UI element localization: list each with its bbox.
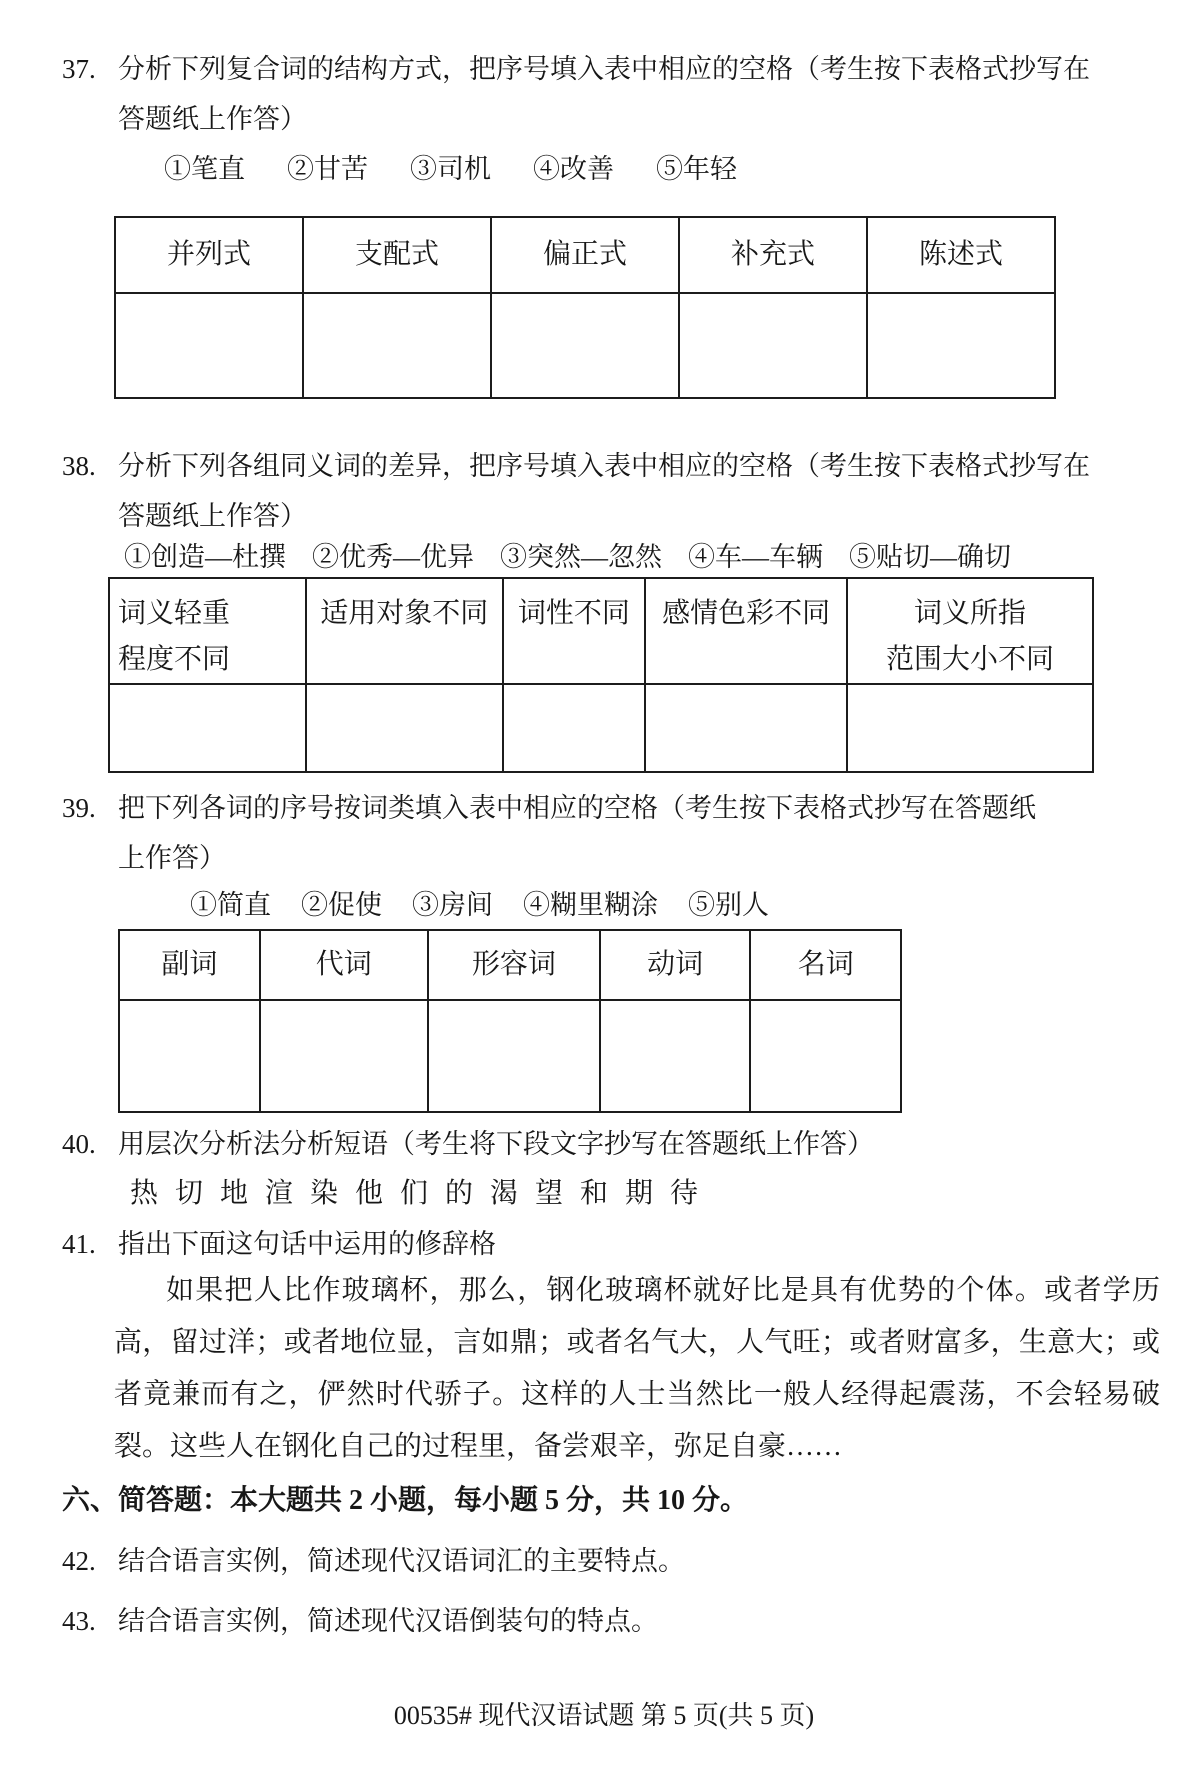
answer-cell xyxy=(428,1000,600,1112)
table-header-cell: 陈述式 xyxy=(867,217,1055,293)
word-item: ⑤贴切—确切 xyxy=(849,535,1011,579)
question-39: 39. 把下列各词的序号按词类填入表中相应的空格（考生按下表格式抄写在答题纸 上… xyxy=(62,783,1146,1119)
word-item: ④改善 xyxy=(533,144,614,194)
word-item: ⑤别人 xyxy=(688,883,769,927)
table-header-cell: 副词 xyxy=(119,930,260,1000)
table-header-cell: 偏正式 xyxy=(491,217,679,293)
question-43: 43. 结合语言实例，简述现代汉语倒装句的特点。 xyxy=(62,1596,1146,1646)
header-line: 范围大小不同 xyxy=(848,637,1092,683)
word-item: ③房间 xyxy=(412,883,493,927)
question-text-line: 分析下列各组同义词的差异，把序号填入表中相应的空格（考生按下表格式抄写在 xyxy=(118,441,1146,491)
answer-cell xyxy=(303,293,491,398)
question-number: 37. xyxy=(62,44,118,94)
answer-cell xyxy=(115,293,303,398)
answer-cell xyxy=(600,1000,751,1112)
answer-cell xyxy=(491,293,679,398)
question-text-line: 分析下列复合词的结构方式，把序号填入表中相应的空格（考生按下表格式抄写在 xyxy=(118,44,1146,94)
question-text-line: 结合语言实例，简述现代汉语倒装句的特点。 xyxy=(118,1596,1146,1646)
word-item: ④糊里糊涂 xyxy=(523,883,658,927)
word-item: ②甘苦 xyxy=(287,144,368,194)
synonym-difference-table: 词义轻重 程度不同 适用对象不同 词性不同 感情色彩不同 词义所指 范围大小不同 xyxy=(108,577,1094,773)
word-class-table: 副词 代词 形容词 动词 名词 xyxy=(118,929,902,1113)
table-header-cell: 词义所指 范围大小不同 xyxy=(847,578,1093,684)
question-number: 40. xyxy=(62,1119,118,1169)
answer-cell xyxy=(109,684,306,772)
question-37: 37. 分析下列复合词的结构方式，把序号填入表中相应的空格（考生按下表格式抄写在… xyxy=(62,44,1146,441)
analysis-phrase: 热 切 地 渲 染 他 们 的 渴 望 和 期 待 xyxy=(130,1169,1146,1219)
question-40: 40. 用层次分析法分析短语（考生将下段文字抄写在答题纸上作答） 热 切 地 渲… xyxy=(62,1119,1146,1219)
word-list: ①创造—杜撰 ②优秀—优异 ③突然—忽然 ④车—车辆 ⑤贴切—确切 xyxy=(124,535,1146,579)
answer-cell xyxy=(119,1000,260,1112)
question-text-line: 把下列各词的序号按词类填入表中相应的空格（考生按下表格式抄写在答题纸 xyxy=(118,783,1146,833)
table-header-cell: 形容词 xyxy=(428,930,600,1000)
page-footer: 00535# 现代汉语试题 第 5 页(共 5 页) xyxy=(62,1696,1146,1736)
word-item: ①简直 xyxy=(190,883,271,927)
word-item: ②优秀—优异 xyxy=(312,535,474,579)
question-text-line: 指出下面这句话中运用的修辞格 xyxy=(118,1219,1146,1269)
answer-cell xyxy=(306,684,503,772)
question-number: 39. xyxy=(62,783,118,833)
answer-cell xyxy=(260,1000,428,1112)
table-header-cell: 词性不同 xyxy=(503,578,646,684)
table-header-cell: 名词 xyxy=(750,930,901,1000)
answer-cell xyxy=(750,1000,901,1112)
word-list: ①简直 ②促使 ③房间 ④糊里糊涂 ⑤别人 xyxy=(190,883,1146,927)
rhetoric-paragraph: 如果把人比作玻璃杯，那么，钢化玻璃杯就好比是具有优势的个体。或者学历高，留过洋；… xyxy=(114,1265,1160,1473)
answer-cell xyxy=(679,293,867,398)
word-item: ③司机 xyxy=(410,144,491,194)
header-line: 词义所指 xyxy=(848,591,1092,637)
table-header-cell: 支配式 xyxy=(303,217,491,293)
question-38: 38. 分析下列各组同义词的差异，把序号填入表中相应的空格（考生按下表格式抄写在… xyxy=(62,441,1146,783)
table-header-cell: 补充式 xyxy=(679,217,867,293)
answer-cell xyxy=(867,293,1055,398)
word-list: ①笔直 ②甘苦 ③司机 ④改善 ⑤年轻 xyxy=(164,144,1146,194)
question-number: 43. xyxy=(62,1596,118,1646)
answer-cell xyxy=(847,684,1093,772)
exam-page: 37. 分析下列复合词的结构方式，把序号填入表中相应的空格（考生按下表格式抄写在… xyxy=(0,0,1196,1772)
section-heading: 六、简答题：本大题共 2 小题，每小题 5 分，共 10 分。 xyxy=(62,1476,1146,1526)
question-number: 38. xyxy=(62,441,118,491)
word-item: ①笔直 xyxy=(164,144,245,194)
word-item: ④车—车辆 xyxy=(688,535,823,579)
table-header-cell: 并列式 xyxy=(115,217,303,293)
header-line: 词义轻重 xyxy=(118,591,305,637)
question-text-line: 结合语言实例，简述现代汉语词汇的主要特点。 xyxy=(118,1536,1146,1586)
table-header-cell: 词义轻重 程度不同 xyxy=(109,578,306,684)
word-item: ①创造—杜撰 xyxy=(124,535,286,579)
answer-cell xyxy=(645,684,847,772)
question-text-line: 用层次分析法分析短语（考生将下段文字抄写在答题纸上作答） xyxy=(118,1119,1146,1169)
answer-cell xyxy=(503,684,646,772)
question-text-line: 答题纸上作答） xyxy=(118,94,1146,144)
question-text-line: 答题纸上作答） xyxy=(118,491,1146,541)
table-header-cell: 动词 xyxy=(600,930,751,1000)
question-42: 42. 结合语言实例，简述现代汉语词汇的主要特点。 xyxy=(62,1536,1146,1586)
header-line: 程度不同 xyxy=(118,637,305,683)
question-number: 42. xyxy=(62,1536,118,1586)
question-41: 41. 指出下面这句话中运用的修辞格 如果把人比作玻璃杯，那么，钢化玻璃杯就好比… xyxy=(62,1219,1146,1473)
word-item: ②促使 xyxy=(301,883,382,927)
question-number: 41. xyxy=(62,1219,118,1269)
question-text-line: 上作答） xyxy=(118,833,1146,883)
word-item: ③突然—忽然 xyxy=(500,535,662,579)
table-header-cell: 感情色彩不同 xyxy=(645,578,847,684)
table-header-cell: 适用对象不同 xyxy=(306,578,503,684)
compound-word-table: 并列式 支配式 偏正式 补充式 陈述式 xyxy=(114,216,1056,399)
table-header-cell: 代词 xyxy=(260,930,428,1000)
word-item: ⑤年轻 xyxy=(656,144,737,194)
